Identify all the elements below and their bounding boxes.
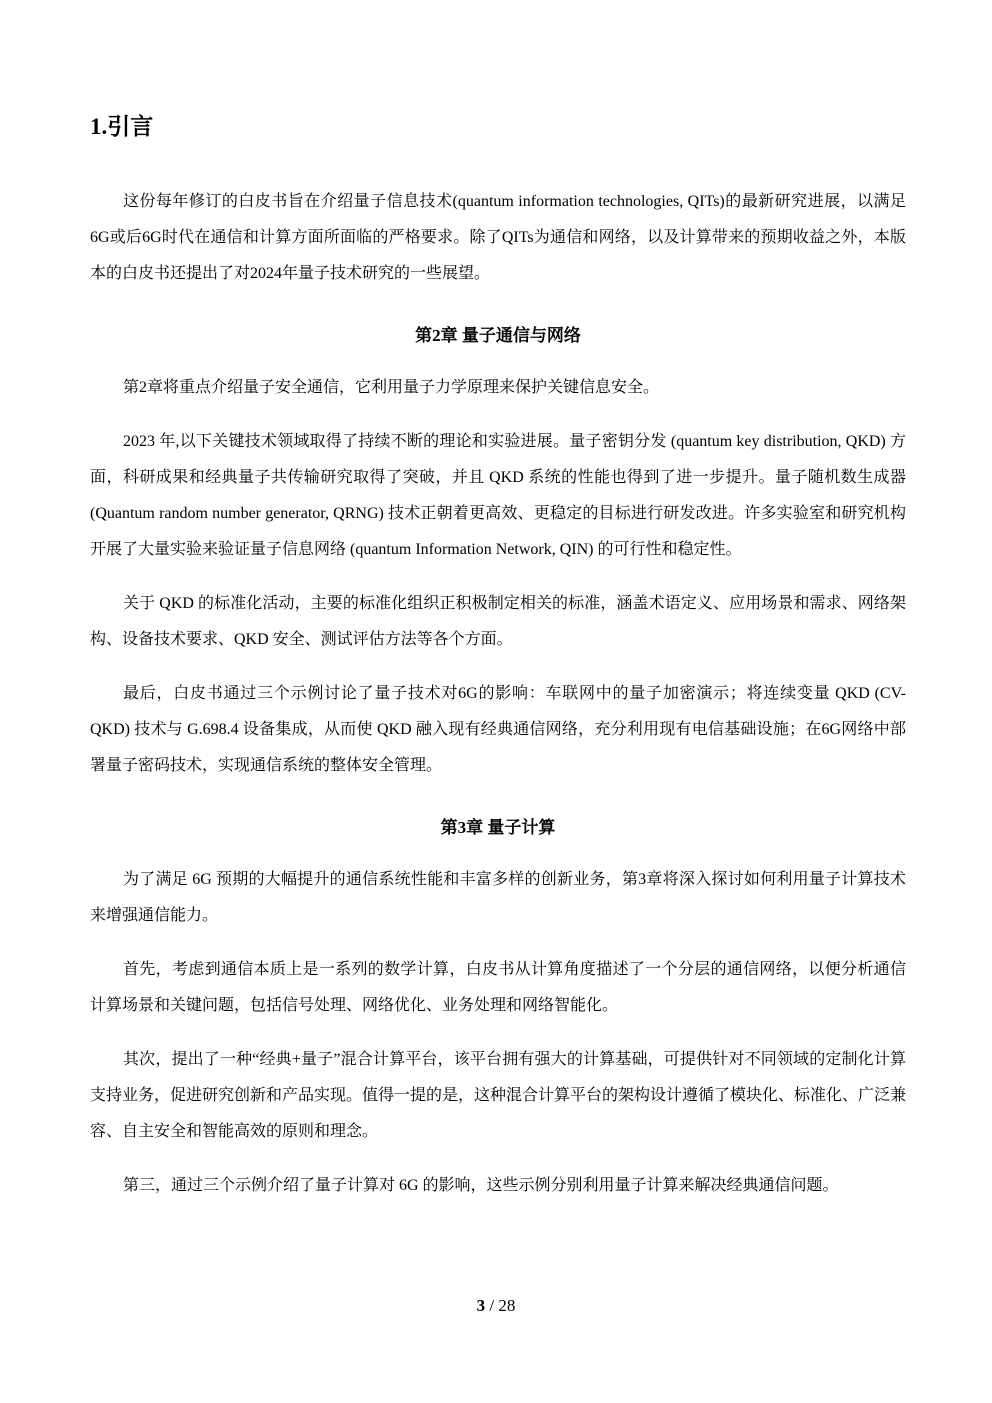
section-title-text: 1.引言 bbox=[90, 114, 153, 139]
section-title: 1.引言 bbox=[90, 112, 906, 142]
paragraph-ch2-qkd-standardization: 关于 QKD 的标准化活动，主要的标准化组织正积极制定相关的标准，涵盖术语定义、… bbox=[90, 586, 906, 658]
chapter-2-heading: 第2章 量子通信与网络 bbox=[90, 318, 906, 354]
paragraph-ch3-second: 其次，提出了一种“经典+量子”混合计算平台，该平台拥有强大的计算基础，可提供针对… bbox=[90, 1042, 906, 1150]
paragraph-ch3-overview: 为了满足 6G 预期的大幅提升的通信系统性能和丰富多样的创新业务，第3章将深入探… bbox=[90, 862, 906, 934]
paragraph-ch3-first: 首先，考虑到通信本质上是一系列的数学计算，白皮书从计算角度描述了一个分层的通信网… bbox=[90, 952, 906, 1024]
document-page: 1.引言 这份每年修订的白皮书旨在介绍量子信息技术(quantum inform… bbox=[0, 0, 992, 1403]
page-number: 3 / 28 bbox=[0, 1292, 992, 1320]
paragraph-ch2-examples: 最后，白皮书通过三个示例讨论了量子技术对6G的影响：车联网中的量子加密演示；将连… bbox=[90, 676, 906, 784]
paragraph-ch3-third: 第三，通过三个示例介绍了量子计算对 6G 的影响，这些示例分别利用量子计算来解决… bbox=[90, 1168, 906, 1204]
paragraph-ch2-progress-2023: 2023 年,以下关键技术领域取得了持续不断的理论和实验进展。量子密钥分发 (q… bbox=[90, 424, 906, 568]
paragraph-intro: 这份每年修订的白皮书旨在介绍量子信息技术(quantum information… bbox=[90, 184, 906, 292]
page-number-separator: / bbox=[485, 1296, 498, 1315]
chapter-3-heading: 第3章 量子计算 bbox=[90, 810, 906, 846]
page-number-current: 3 bbox=[477, 1296, 486, 1315]
paragraph-ch2-overview: 第2章将重点介绍量子安全通信，它利用量子力学原理来保护关键信息安全。 bbox=[90, 370, 906, 406]
page-number-total: 28 bbox=[498, 1296, 515, 1315]
